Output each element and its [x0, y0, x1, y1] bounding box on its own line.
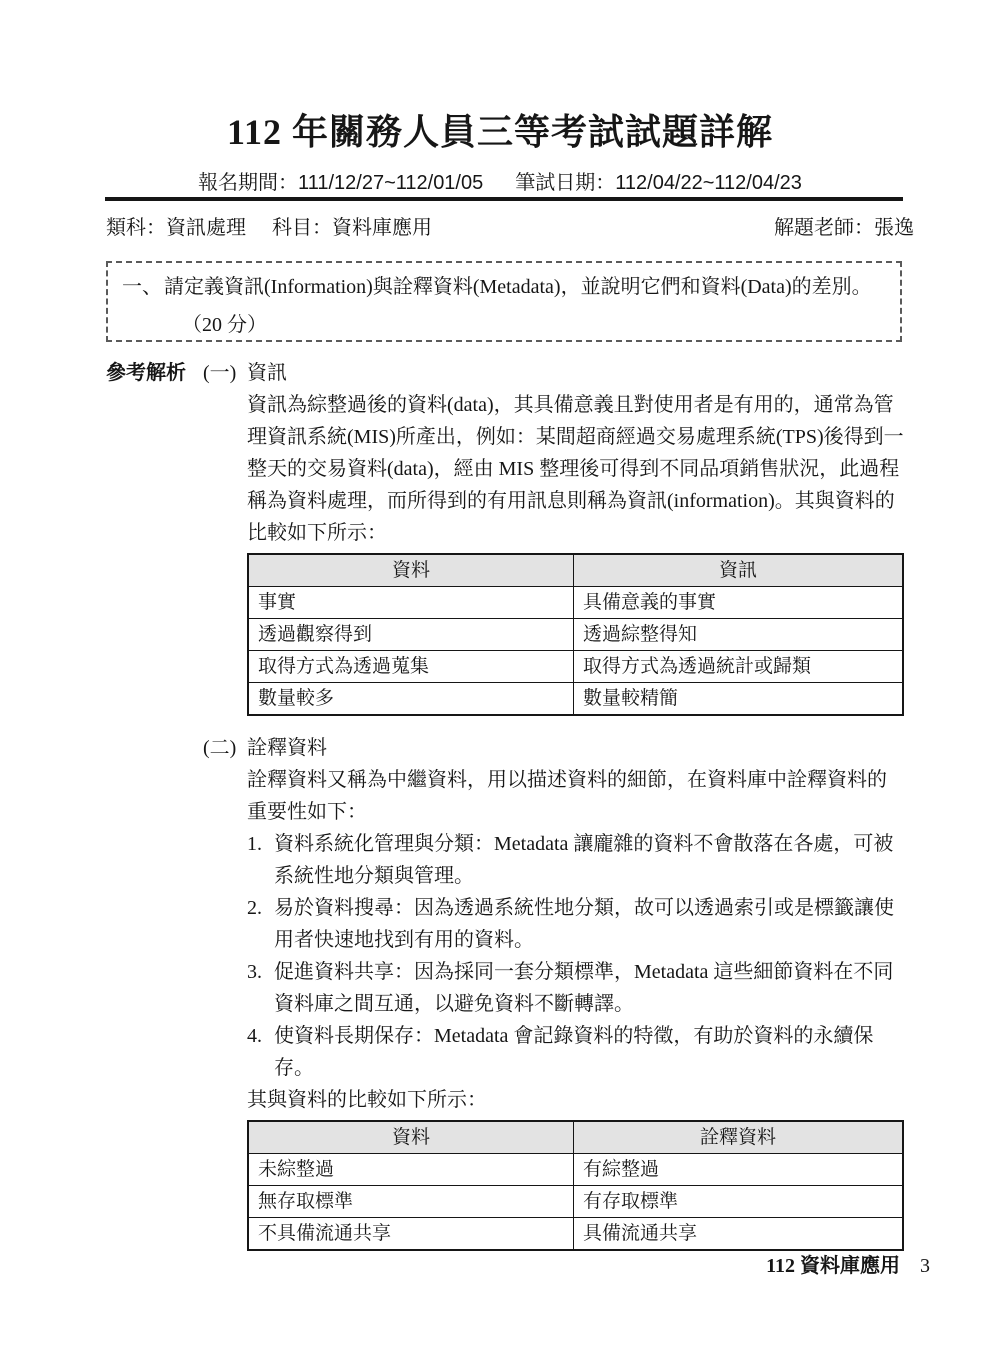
page-title: 112 年關務人員三等考試試題詳解 — [0, 108, 1000, 156]
metadata-importance-list: 1. 資料系統化管理與分類：Metadata 讓龐雜的資料不會散落在各處，可被系… — [247, 828, 906, 1084]
table-cell: 取得方式為透過蒐集 — [248, 651, 574, 683]
solution-label: 參考解析 — [106, 357, 203, 389]
list-item-text: 易於資料搜尋：因為透過系統性地分類，故可以透過索引或是標籤讓使用者快速地找到有用… — [274, 892, 906, 956]
data-vs-information-table: 資料 資訊 事實 具備意義的事實 透過觀察得到 — [247, 553, 904, 716]
footer-book-title: 112 資料庫應用 — [766, 1252, 900, 1280]
table-cell: 數量較多 — [248, 683, 574, 716]
table-row: 事實 具備意義的事實 — [248, 587, 903, 619]
part-1-body: 資訊為綜整過後的資料(data)，其具備意義且對使用者是有用的，通常為管理資訊系… — [247, 389, 906, 716]
part-2-intro: 詮釋資料又稱為中繼資料，用以描述資料的細節，在資料庫中詮釋資料的重要性如下： — [247, 764, 906, 828]
header-divider — [105, 197, 903, 201]
list-item-number: 3. — [247, 956, 274, 1020]
table-cell: 不具備流通共享 — [248, 1218, 574, 1251]
solution-grid: 參考解析 (一) 資訊 資訊為綜整過後的資料(data)，其具備意義且對使用者是… — [106, 357, 906, 1251]
table-cell: 具備流通共享 — [574, 1218, 903, 1251]
part-2-title: 詮釋資料 — [247, 732, 906, 764]
question-score: （20 分） — [164, 310, 886, 341]
exam-dates-line: 報名期間：111/12/27~112/01/05 筆試日期：112/04/22~… — [0, 170, 1000, 196]
footer-page-number: 3 — [920, 1252, 930, 1280]
solution-teacher: 解題老師：張逸 — [774, 215, 914, 242]
table-cell: 有存取標準 — [574, 1186, 903, 1218]
part-1-number: (一) — [203, 357, 247, 389]
list-item: 4. 使資料長期保存：Metadata 會記錄資料的特徵，有助於資料的永續保存。 — [247, 1020, 906, 1084]
exam-info-row: 類科：資訊處理 科目：資料庫應用 解題老師：張逸 — [106, 215, 914, 242]
table-header-cell: 詮釋資料 — [574, 1121, 903, 1154]
part-2-number: (二) — [203, 732, 247, 764]
solution-part-1: (一) 資訊 資訊為綜整過後的資料(data)，其具備意義且對使用者是有用的，通… — [203, 357, 906, 716]
table-header-cell: 資訊 — [574, 554, 903, 587]
question-box: 一、 請定義資訊(Information)與詮釋資料(Metadata)，並說明… — [106, 261, 902, 342]
question-text: 請定義資訊(Information)與詮釋資料(Metadata)，並說明它們和… — [164, 272, 886, 303]
table-cell: 未綜整過 — [248, 1154, 574, 1186]
exam-category: 類科：資訊處理 — [106, 215, 246, 242]
list-item-text: 促進資料共享：因為採同一套分類標準，Metadata 這些細節資料在不同資料庫之… — [274, 956, 906, 1020]
part-1-title: 資訊 — [247, 357, 906, 389]
part-2-heading-row: (二) 詮釋資料 — [203, 732, 906, 764]
table-header-row: 資料 資訊 — [248, 554, 903, 587]
table-row: 數量較多 數量較精簡 — [248, 683, 903, 716]
exam-solution-page: 112 年關務人員三等考試試題詳解 報名期間：111/12/27~112/01/… — [0, 0, 1000, 1353]
part-1-heading-row: (一) 資訊 — [203, 357, 906, 389]
table-header-cell: 資料 — [248, 1121, 574, 1154]
part-1-paragraph: 資訊為綜整過後的資料(data)，其具備意義且對使用者是有用的，通常為管理資訊系… — [247, 389, 906, 549]
table-row: 不具備流通共享 具備流通共享 — [248, 1218, 903, 1251]
part-2-body: 詮釋資料又稱為中繼資料，用以描述資料的細節，在資料庫中詮釋資料的重要性如下： 1… — [247, 764, 906, 1251]
table-cell: 透過觀察得到 — [248, 619, 574, 651]
data-vs-metadata-table: 資料 詮釋資料 未綜整過 有綜整過 無存取標準 — [247, 1120, 904, 1251]
table-cell: 數量較精簡 — [574, 683, 903, 716]
page-footer: 112 資料庫應用 3 — [0, 1252, 930, 1280]
question-content: 請定義資訊(Information)與詮釋資料(Metadata)，並說明它們和… — [164, 272, 886, 340]
exam-subject: 科目：資料庫應用 — [272, 215, 432, 242]
table-cell: 事實 — [248, 587, 574, 619]
exam-info-left: 類科：資訊處理 科目：資料庫應用 — [106, 215, 432, 242]
table-header-cell: 資料 — [248, 554, 574, 587]
table-row: 無存取標準 有存取標準 — [248, 1186, 903, 1218]
list-item-text: 資料系統化管理與分類：Metadata 讓龐雜的資料不會散落在各處，可被系統性地… — [274, 828, 906, 892]
table-header-row: 資料 詮釋資料 — [248, 1121, 903, 1154]
table-cell: 有綜整過 — [574, 1154, 903, 1186]
part-2-outro: 其與資料的比較如下所示： — [247, 1084, 906, 1116]
table-cell: 具備意義的事實 — [574, 587, 903, 619]
written-exam-date: 筆試日期：112/04/22~112/04/23 — [515, 170, 802, 196]
table-cell: 無存取標準 — [248, 1186, 574, 1218]
solution-section: 參考解析 (一) 資訊 資訊為綜整過後的資料(data)，其具備意義且對使用者是… — [106, 357, 906, 1251]
list-item-number: 2. — [247, 892, 274, 956]
solution-part-2: (二) 詮釋資料 詮釋資料又稱為中繼資料，用以描述資料的細節，在資料庫中詮釋資料… — [203, 732, 906, 1251]
list-item-number: 4. — [247, 1020, 274, 1084]
solution-parts: (一) 資訊 資訊為綜整過後的資料(data)，其具備意義且對使用者是有用的，通… — [203, 357, 906, 1251]
registration-period: 報名期間：111/12/27~112/01/05 — [198, 170, 483, 196]
list-item-text: 使資料長期保存：Metadata 會記錄資料的特徵，有助於資料的永續保存。 — [274, 1020, 906, 1084]
table-row: 取得方式為透過蒐集 取得方式為透過統計或歸類 — [248, 651, 903, 683]
question-number: 一、 — [122, 272, 164, 340]
table-cell: 透過綜整得知 — [574, 619, 903, 651]
list-item: 2. 易於資料搜尋：因為透過系統性地分類，故可以透過索引或是標籤讓使用者快速地找… — [247, 892, 906, 956]
table-row: 未綜整過 有綜整過 — [248, 1154, 903, 1186]
list-item: 3. 促進資料共享：因為採同一套分類標準，Metadata 這些細節資料在不同資… — [247, 956, 906, 1020]
table-row: 透過觀察得到 透過綜整得知 — [248, 619, 903, 651]
list-item-number: 1. — [247, 828, 274, 892]
table-cell: 取得方式為透過統計或歸類 — [574, 651, 903, 683]
list-item: 1. 資料系統化管理與分類：Metadata 讓龐雜的資料不會散落在各處，可被系… — [247, 828, 906, 892]
